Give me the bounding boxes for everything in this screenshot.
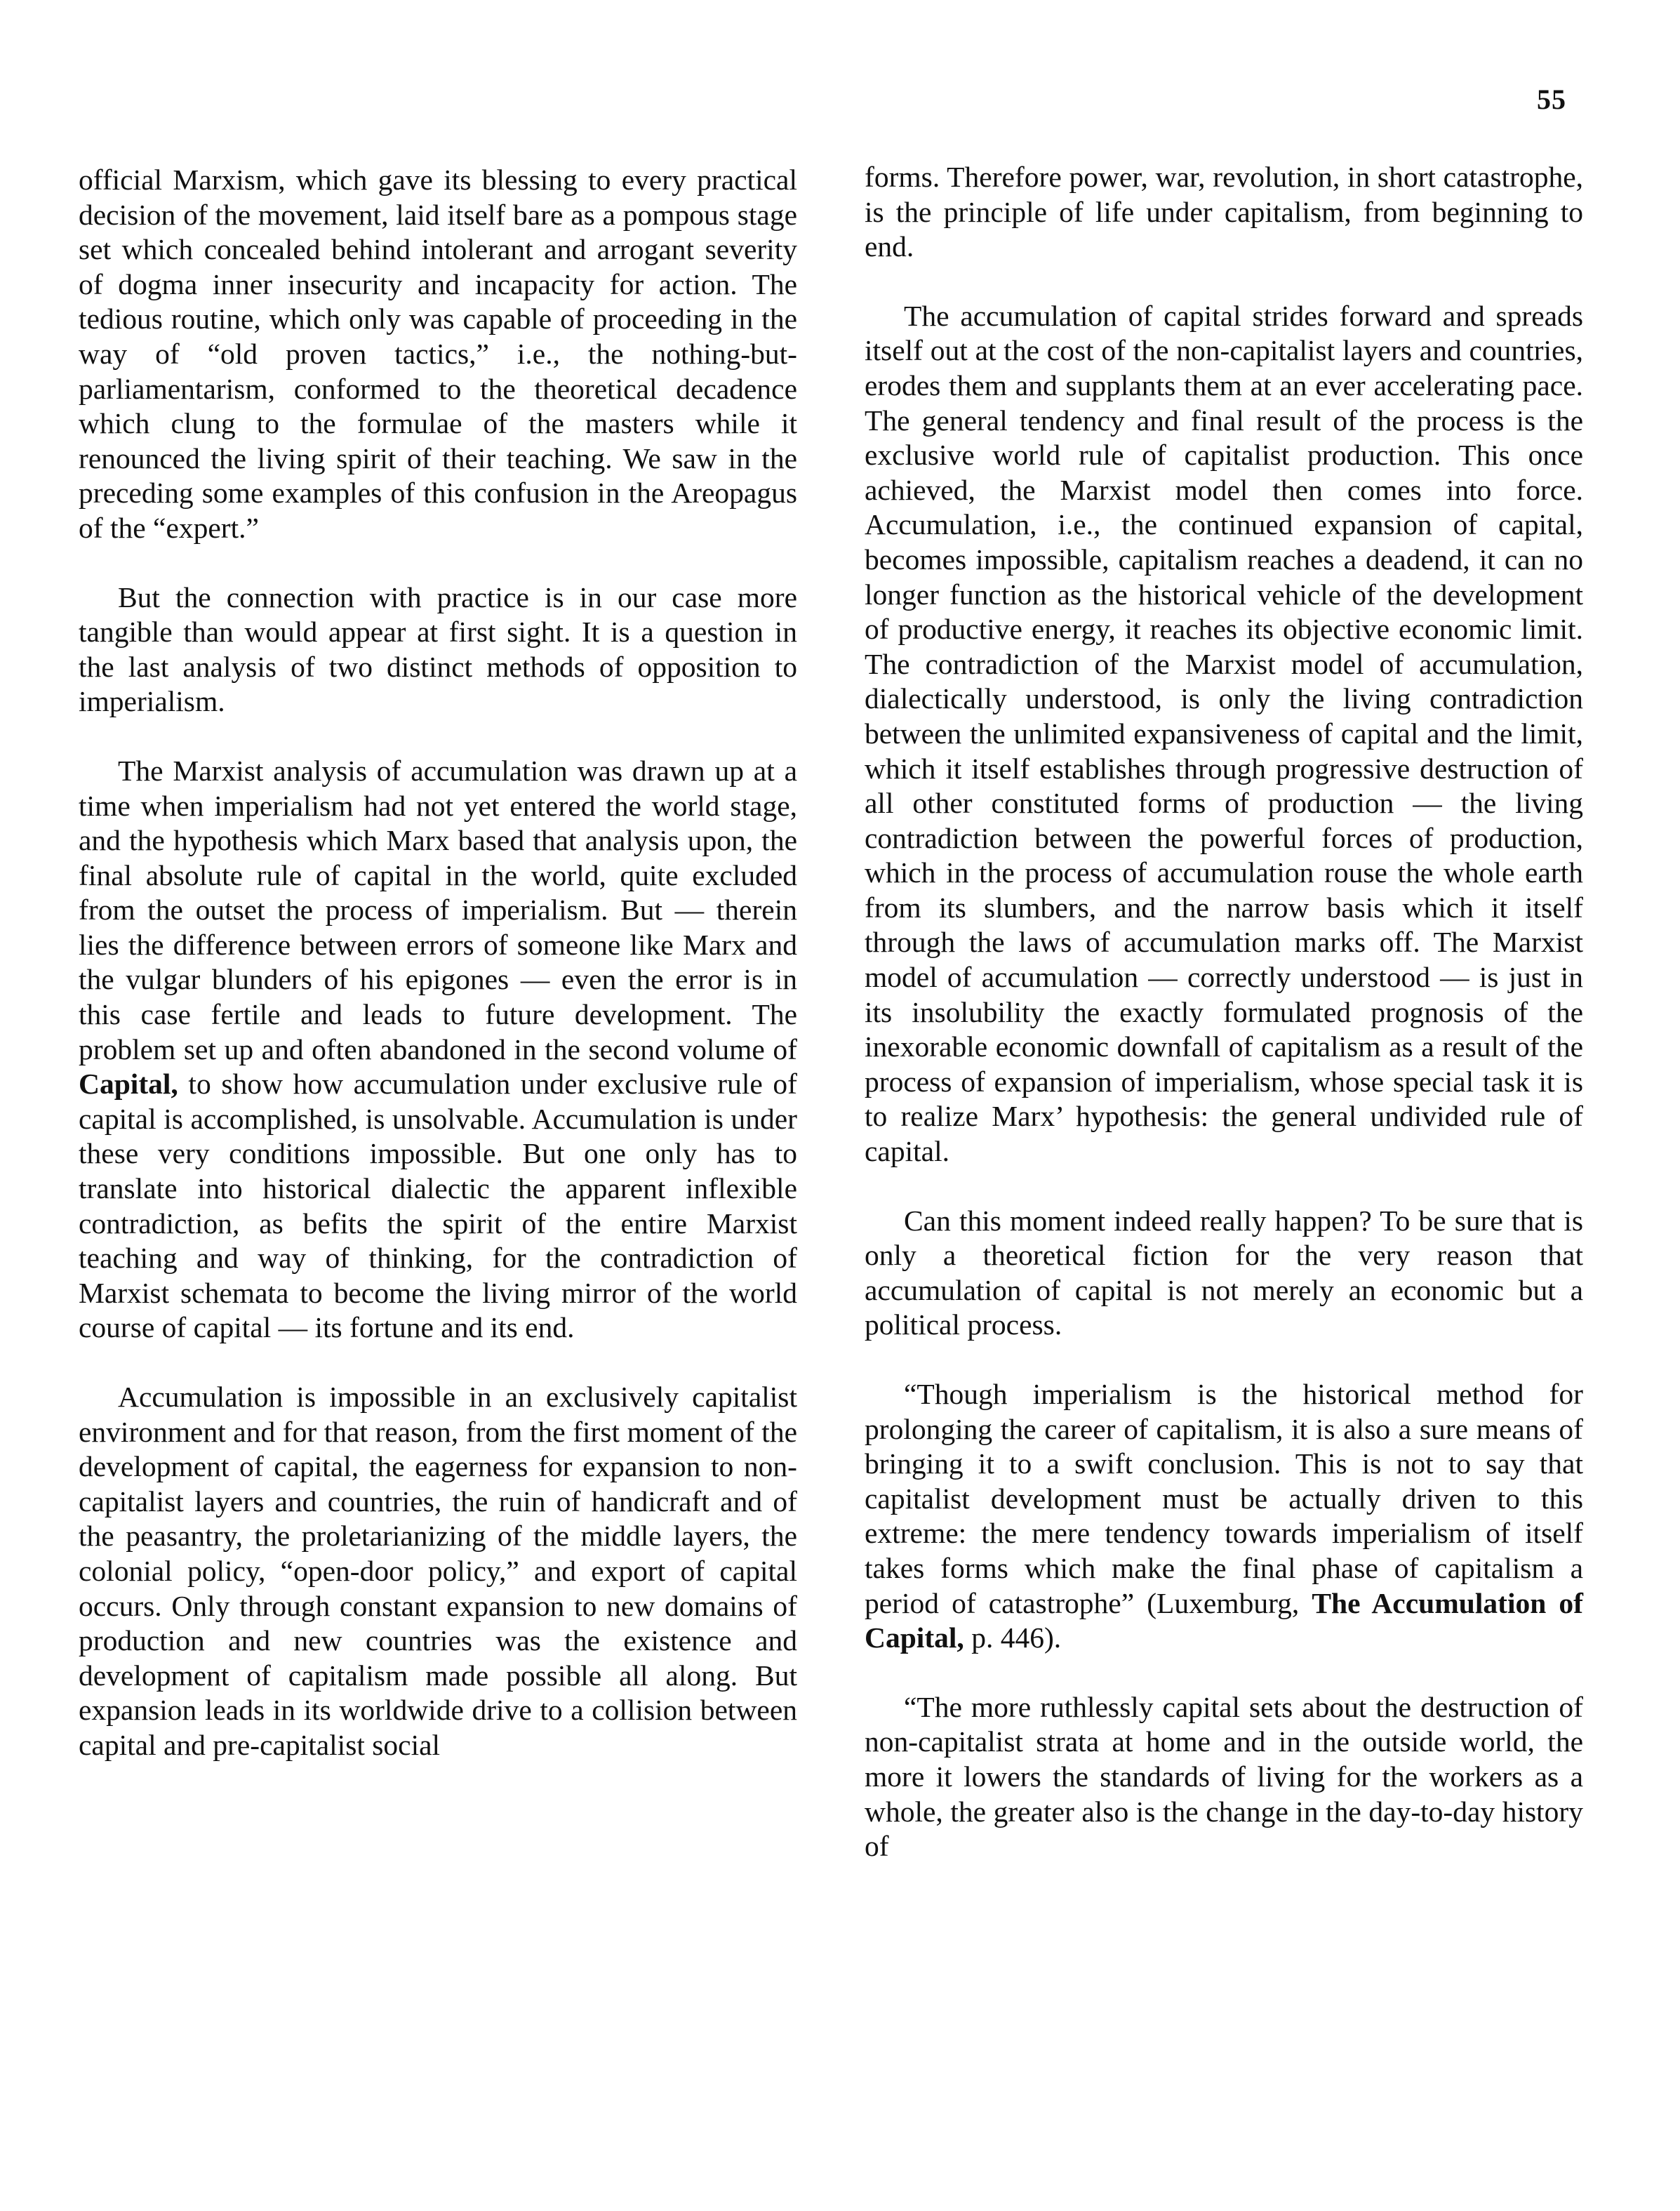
paragraph: The Marxist analysis of accumulation was… xyxy=(79,754,797,1346)
paragraph-text: Accumulation is impossible in an exclusi… xyxy=(79,1381,797,1761)
citation-text: p. 446). xyxy=(964,1621,1061,1654)
left-column: official Marxism, which gave its blessin… xyxy=(79,163,797,1798)
page-number: 55 xyxy=(1537,83,1566,116)
quote-text: “The more ruthlessly capital sets about … xyxy=(865,1691,1583,1862)
paragraph: official Marxism, which gave its blessin… xyxy=(79,163,797,546)
right-column: forms. Therefore power, war, revolution,… xyxy=(865,160,1583,1899)
paragraph: Accumulation is impossible in an exclusi… xyxy=(79,1380,797,1763)
quote-paragraph: “Though imperialism is the historical me… xyxy=(865,1377,1583,1656)
book-title-capital: Capital, xyxy=(79,1068,178,1100)
paragraph-text: Can this moment indeed really happen? To… xyxy=(865,1204,1583,1341)
quote-paragraph: “The more ruthlessly capital sets about … xyxy=(865,1690,1583,1864)
paragraph: But the connection with practice is in o… xyxy=(79,580,797,719)
paragraph-text: The Marxist analysis of accumulation was… xyxy=(79,755,797,1065)
quote-text: “Though imperialism is the historical me… xyxy=(865,1378,1583,1619)
paragraph-text: forms. Therefore power, war, revolution,… xyxy=(865,161,1583,263)
paragraph: Can this moment indeed really happen? To… xyxy=(865,1204,1583,1343)
paragraph: forms. Therefore power, war, revolution,… xyxy=(865,160,1583,265)
paragraph: The accumulation of capital strides forw… xyxy=(865,299,1583,1169)
paragraph-text: official Marxism, which gave its blessin… xyxy=(79,164,797,544)
paragraph-text: But the connection with practice is in o… xyxy=(79,581,797,718)
paragraph-text: The accumulation of capital strides forw… xyxy=(865,300,1583,1167)
paragraph-text: to show how accumulation under exclusive… xyxy=(79,1068,797,1343)
